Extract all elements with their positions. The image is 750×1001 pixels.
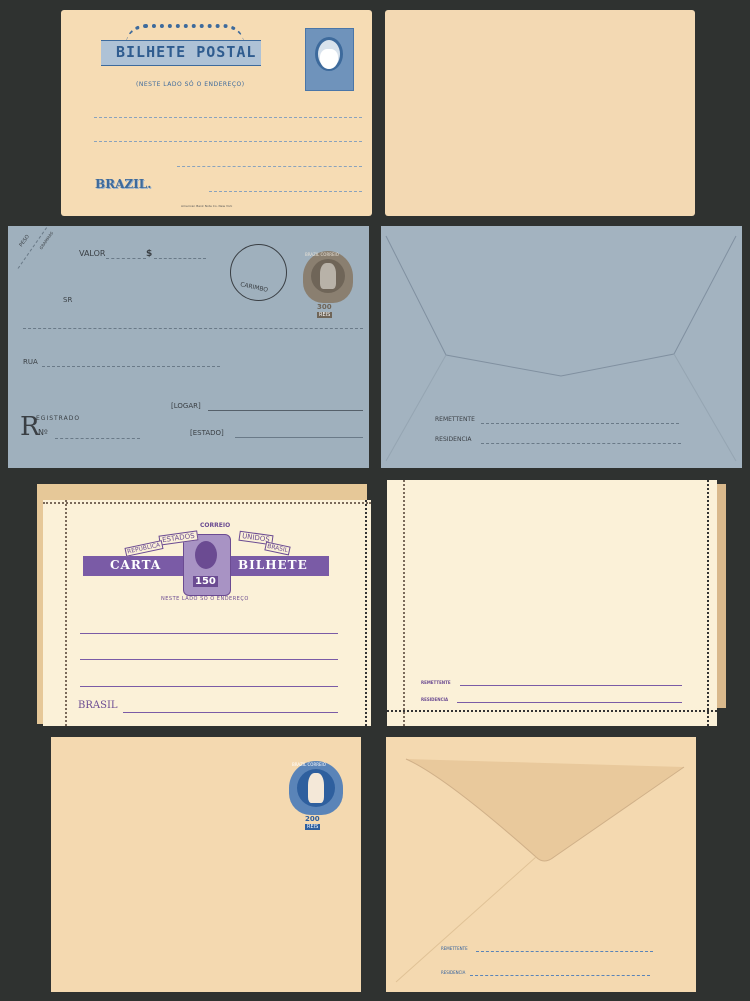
address-line-3 (80, 686, 338, 687)
postcard-front: BILHETE POSTAL (NESTE LADO SÓ O ENDEREÇO… (61, 10, 372, 216)
residencia-line (457, 702, 682, 703)
envelope-front: BRAZIL CORREIO 200 REIS (51, 737, 361, 992)
country-label: BRASIL (78, 700, 118, 711)
stamp-200-reis: BRAZIL CORREIO 200 REIS (283, 749, 349, 831)
remettente-line (460, 685, 682, 686)
address-line-3 (177, 166, 362, 167)
postcard-subtitle: (NESTE LADO SÓ O ENDEREÇO) (136, 81, 245, 88)
residencia-label: RESIDENCIA (435, 436, 472, 443)
envelope-flap (386, 737, 696, 992)
address-line-1 (94, 117, 362, 118)
stamp-unit: REIS (305, 824, 320, 830)
valor-line (106, 258, 146, 259)
postcard-country: BRAZIL. (95, 177, 151, 191)
address-line-2 (80, 659, 338, 660)
remettente-label: REMETTENTE (435, 416, 475, 423)
remettente-label: REMETTENTE (421, 680, 451, 685)
lettercard-front: CORREIO ESTADOS UNIDOS REPUBLICA BRASIL … (43, 500, 371, 726)
printer-imprint: American Bank Note Co. New York (181, 204, 232, 208)
value-label: 150 (193, 576, 218, 587)
estado-label: [ESTADO] (190, 429, 224, 437)
sr-label: SR (63, 296, 72, 304)
address-line-4 (123, 712, 338, 713)
numero-label: Nº (38, 428, 48, 437)
address-line-1 (80, 633, 338, 634)
residencia-line (470, 975, 650, 976)
registered-envelope-back: REMETTENTE RESIDENCIA (381, 226, 742, 468)
residencia-label: RESIDENCIA (421, 697, 448, 702)
envelope-flap (381, 226, 742, 468)
carimbo-circle (230, 244, 287, 301)
sr-line (23, 328, 363, 329)
stamp-300-reis: BRAZIL CORREIO 300 REIS (295, 241, 361, 319)
postcard-stamp (305, 28, 354, 91)
postcard-back (385, 10, 695, 216)
remettente-label: REMETTENTE (441, 946, 468, 951)
valor-label: VALOR (79, 249, 105, 258)
registrado-label: EGISTRADO (36, 415, 80, 422)
subtitle-label: NESTE LADO SÓ O ENDEREÇO (161, 596, 249, 602)
numero-line (55, 438, 140, 439)
rua-line (42, 366, 220, 367)
registered-envelope-front: PESO GRAMMAS VALOR $ CARIMBO BRAZIL CORR… (8, 226, 369, 468)
residencia-line (481, 443, 681, 444)
bilhete-label: BILHETE (238, 558, 308, 572)
address-line-4 (209, 191, 362, 192)
lettercard-back: REMETTENTE RESIDENCIA (387, 480, 717, 726)
republica-label: REPUBLICA (124, 540, 163, 557)
correio-label: CORREIO (200, 522, 230, 529)
carta-label: CARTA (110, 558, 161, 572)
currency-symbol: $ (146, 249, 152, 259)
logar-label: [LOGAR] (171, 402, 201, 410)
remettente-line (481, 423, 679, 424)
stamp-value: 200 (305, 815, 320, 823)
valor-amount-line (154, 258, 206, 259)
stamp-text: BRAZIL CORREIO (305, 252, 339, 257)
envelope-back: REMETTENTE RESIDENCIA (386, 737, 696, 992)
residencia-label: RESIDENCIA (441, 970, 465, 975)
stamp-text: BRAZIL CORREIO (292, 762, 326, 767)
rua-label: RUA (23, 358, 38, 366)
stamp-unit: REIS (317, 312, 332, 318)
brasil-banner-label: BRASIL (264, 541, 290, 555)
address-line-2 (94, 141, 362, 142)
postcard-title: BILHETE POSTAL (116, 43, 256, 61)
logar-line (208, 410, 363, 411)
peso-label: PESO (18, 234, 31, 248)
stamp-value: 300 (317, 303, 332, 311)
estado-line (235, 437, 363, 438)
remettente-line (476, 951, 653, 952)
